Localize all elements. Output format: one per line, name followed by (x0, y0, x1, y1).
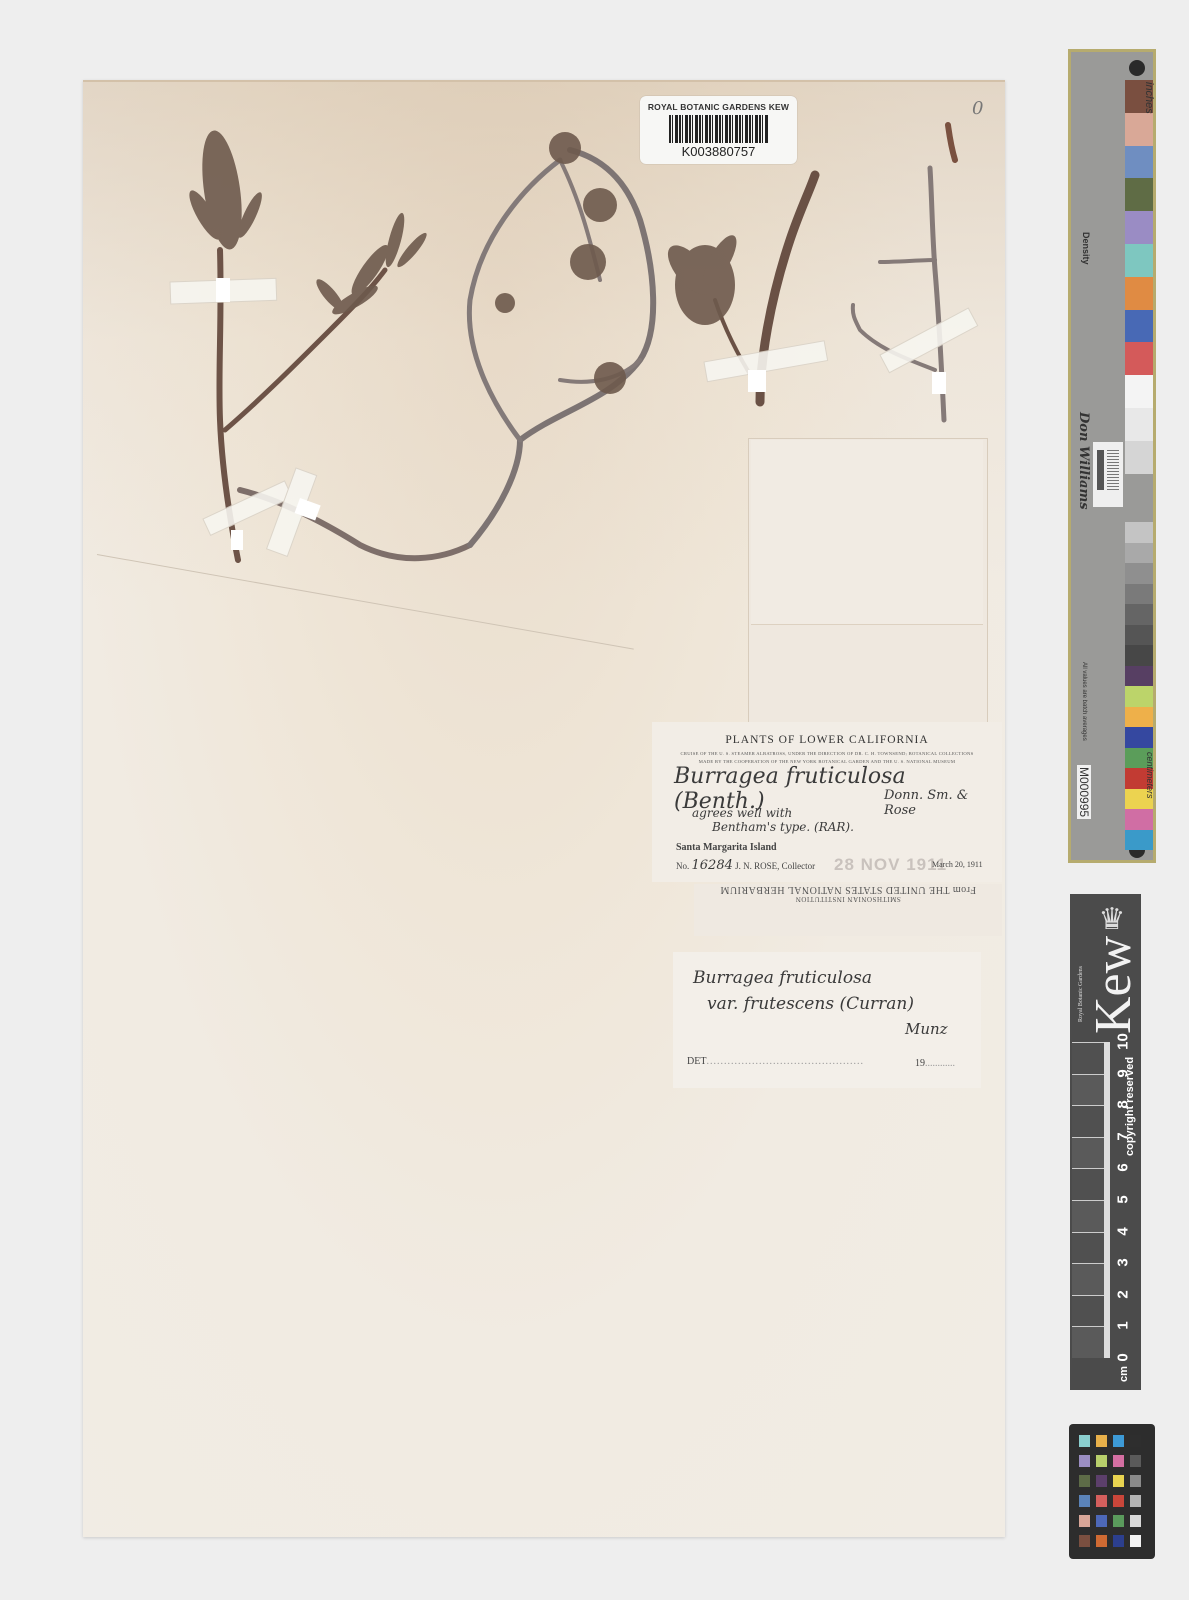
batch-notes: All values are batch averages (1081, 662, 1087, 741)
collection-date: March 20, 1911 (932, 860, 983, 869)
ruler-cm-block (1072, 1232, 1104, 1264)
kew-logo: Kew (1084, 936, 1143, 1034)
institution-line-1: From THE UNITED STATES NATIONAL HERBARIU… (694, 884, 1002, 895)
color-swatch (1125, 809, 1153, 830)
note-handwritten-1: agrees well with (692, 806, 792, 820)
density-label: Density (1081, 232, 1091, 265)
units-bottom: centimeters (1145, 752, 1155, 799)
color-checker-chip (1113, 1475, 1124, 1487)
color-swatch (1125, 522, 1153, 543)
ruler-number: 2 (1115, 1279, 1132, 1309)
det-year-prefix: 19 (915, 1058, 925, 1069)
color-checker-chip (1079, 1475, 1090, 1487)
royal-crest-icon: ♛ (1092, 900, 1132, 940)
institution-line-2: SMITHSONIAN INSTITUTION (694, 895, 1002, 903)
color-checker-chip (1079, 1515, 1090, 1527)
color-checker-chip (1096, 1515, 1107, 1527)
color-checker-chip (1130, 1455, 1141, 1467)
color-checker-chip (1096, 1535, 1107, 1547)
color-checker-chip (1130, 1475, 1141, 1487)
ruler-number: 3 (1115, 1248, 1132, 1278)
ruler-number: 5 (1115, 1185, 1132, 1215)
ruler-number: 1 (1115, 1311, 1132, 1341)
ruler-cm-block (1072, 1168, 1104, 1200)
color-checker-chip (1079, 1435, 1090, 1447)
received-stamp: 28 NOV 1911 (834, 855, 947, 875)
ruler-cm-block (1072, 1105, 1104, 1137)
ruler-number: 10 (1115, 1027, 1132, 1057)
color-swatch (1125, 604, 1153, 625)
det-line-2: var. frutescens (Curran) (707, 994, 914, 1014)
ruler-cm-block (1072, 1042, 1104, 1074)
color-checker-chip (1079, 1455, 1090, 1467)
ruler-number: 6 (1115, 1153, 1132, 1183)
kew-scale-ruler: ♛ Kew Royal Botanic Gardens copyright re… (1070, 894, 1141, 1390)
barcode-number: K003880757 (640, 144, 797, 159)
color-checker-chip (1113, 1495, 1124, 1507)
color-swatch (1125, 375, 1153, 408)
color-swatch (1125, 543, 1153, 564)
color-swatch (1125, 686, 1153, 707)
color-checker-chip (1113, 1435, 1124, 1447)
det-line-3: Munz (905, 1020, 948, 1038)
color-swatch (1125, 584, 1153, 605)
color-swatch (1125, 244, 1153, 277)
barcode-icon (669, 115, 769, 143)
fragment-packet-flap (751, 440, 983, 625)
determination-label: Burragea fruticulosa var. frutescens (Cu… (673, 952, 981, 1088)
resolution-target (1093, 442, 1123, 507)
color-checker-chip (1130, 1515, 1141, 1527)
color-checker-chip (1096, 1455, 1107, 1467)
ruler-number: 8 (1115, 1090, 1132, 1120)
color-swatch (1125, 408, 1153, 441)
label-subline-1: CRUISE OF THE U. S. STEAMER ALBATROSS, U… (652, 750, 1002, 758)
color-checker-chip (1113, 1455, 1124, 1467)
brand-don-williams: Don Williams (1076, 412, 1091, 510)
color-swatch (1125, 707, 1153, 728)
ruler-number: 4 (1115, 1216, 1132, 1246)
authority-handwritten: Donn. Sm. & Rose (884, 788, 1002, 818)
color-scale-bar: inches centimeters Density Don Williams … (1068, 49, 1156, 863)
collection-label: PLANTS OF LOWER CALIFORNIA CRUISE OF THE… (652, 722, 1002, 882)
color-checker-chip (1096, 1495, 1107, 1507)
institution-label: SMITHSONIAN INSTITUTION From THE UNITED … (694, 884, 1002, 936)
color-swatch (1125, 645, 1153, 666)
color-checker-chip (1130, 1435, 1141, 1447)
det-prefix: DET (687, 1056, 706, 1067)
color-checker-card (1069, 1424, 1155, 1559)
color-swatch (1125, 211, 1153, 244)
locality: Santa Margarita Island (676, 842, 777, 853)
institution-name: ROYAL BOTANIC GARDENS KEW (640, 102, 797, 112)
collection-number-line: No. 16284 J. N. ROSE, Collector (676, 858, 815, 873)
color-checker-chip (1096, 1435, 1107, 1447)
ruler-number: 9 (1115, 1058, 1132, 1088)
number-prefix: No. (676, 861, 689, 871)
color-swatch (1125, 113, 1153, 146)
ruler-cm-block (1072, 1326, 1104, 1358)
sheet-pencil-mark: 0 (972, 98, 983, 119)
collection-number: 16284 (692, 858, 733, 873)
color-checker-chip (1130, 1495, 1141, 1507)
color-checker-chip (1096, 1475, 1107, 1487)
det-line-1: Burragea fruticulosa (693, 968, 872, 988)
color-swatch (1125, 342, 1153, 375)
scale-hole-top (1129, 60, 1145, 76)
unit-label: cm (1118, 1366, 1130, 1382)
color-swatch (1125, 830, 1153, 851)
color-checker-chip (1113, 1535, 1124, 1547)
color-checker-chip (1130, 1535, 1141, 1547)
color-swatch (1125, 441, 1153, 474)
institution-label-text: SMITHSONIAN INSTITUTION From THE UNITED … (694, 884, 1002, 909)
kew-subbrand: Royal Botanic Gardens (1078, 966, 1084, 1022)
ruler-cm-block (1072, 1200, 1104, 1232)
ruler-cm-block (1072, 1295, 1104, 1327)
collector: J. N. ROSE, Collector (735, 861, 815, 871)
color-checker-chip (1079, 1535, 1090, 1547)
ruler-edge (1104, 1042, 1110, 1358)
ruler-cm-block (1072, 1137, 1104, 1169)
det-field: DET.....................................… (687, 1056, 864, 1067)
color-swatch (1125, 146, 1153, 179)
color-swatch (1125, 310, 1153, 343)
color-swatch (1125, 563, 1153, 584)
plant-specimen (0, 0, 1189, 1600)
note-handwritten-2: Bentham's type. (RAR). (712, 820, 854, 834)
color-swatch (1125, 666, 1153, 687)
units-top: inches (1143, 82, 1155, 114)
color-swatch (1125, 178, 1153, 211)
color-checker-chip (1113, 1515, 1124, 1527)
color-checker-chip (1079, 1495, 1090, 1507)
ruler-cm-block (1072, 1263, 1104, 1295)
ruler-cm-block (1072, 1074, 1104, 1106)
color-swatch (1125, 625, 1153, 646)
color-swatch (1125, 727, 1153, 748)
det-year-field: 19............ (915, 1058, 955, 1069)
serial-number: M000995 (1077, 765, 1091, 819)
barcode-label: ROYAL BOTANIC GARDENS KEW K003880757 (640, 96, 797, 164)
ruler-number: 7 (1115, 1121, 1132, 1151)
label-heading: PLANTS OF LOWER CALIFORNIA (652, 734, 1002, 746)
color-swatch (1125, 277, 1153, 310)
